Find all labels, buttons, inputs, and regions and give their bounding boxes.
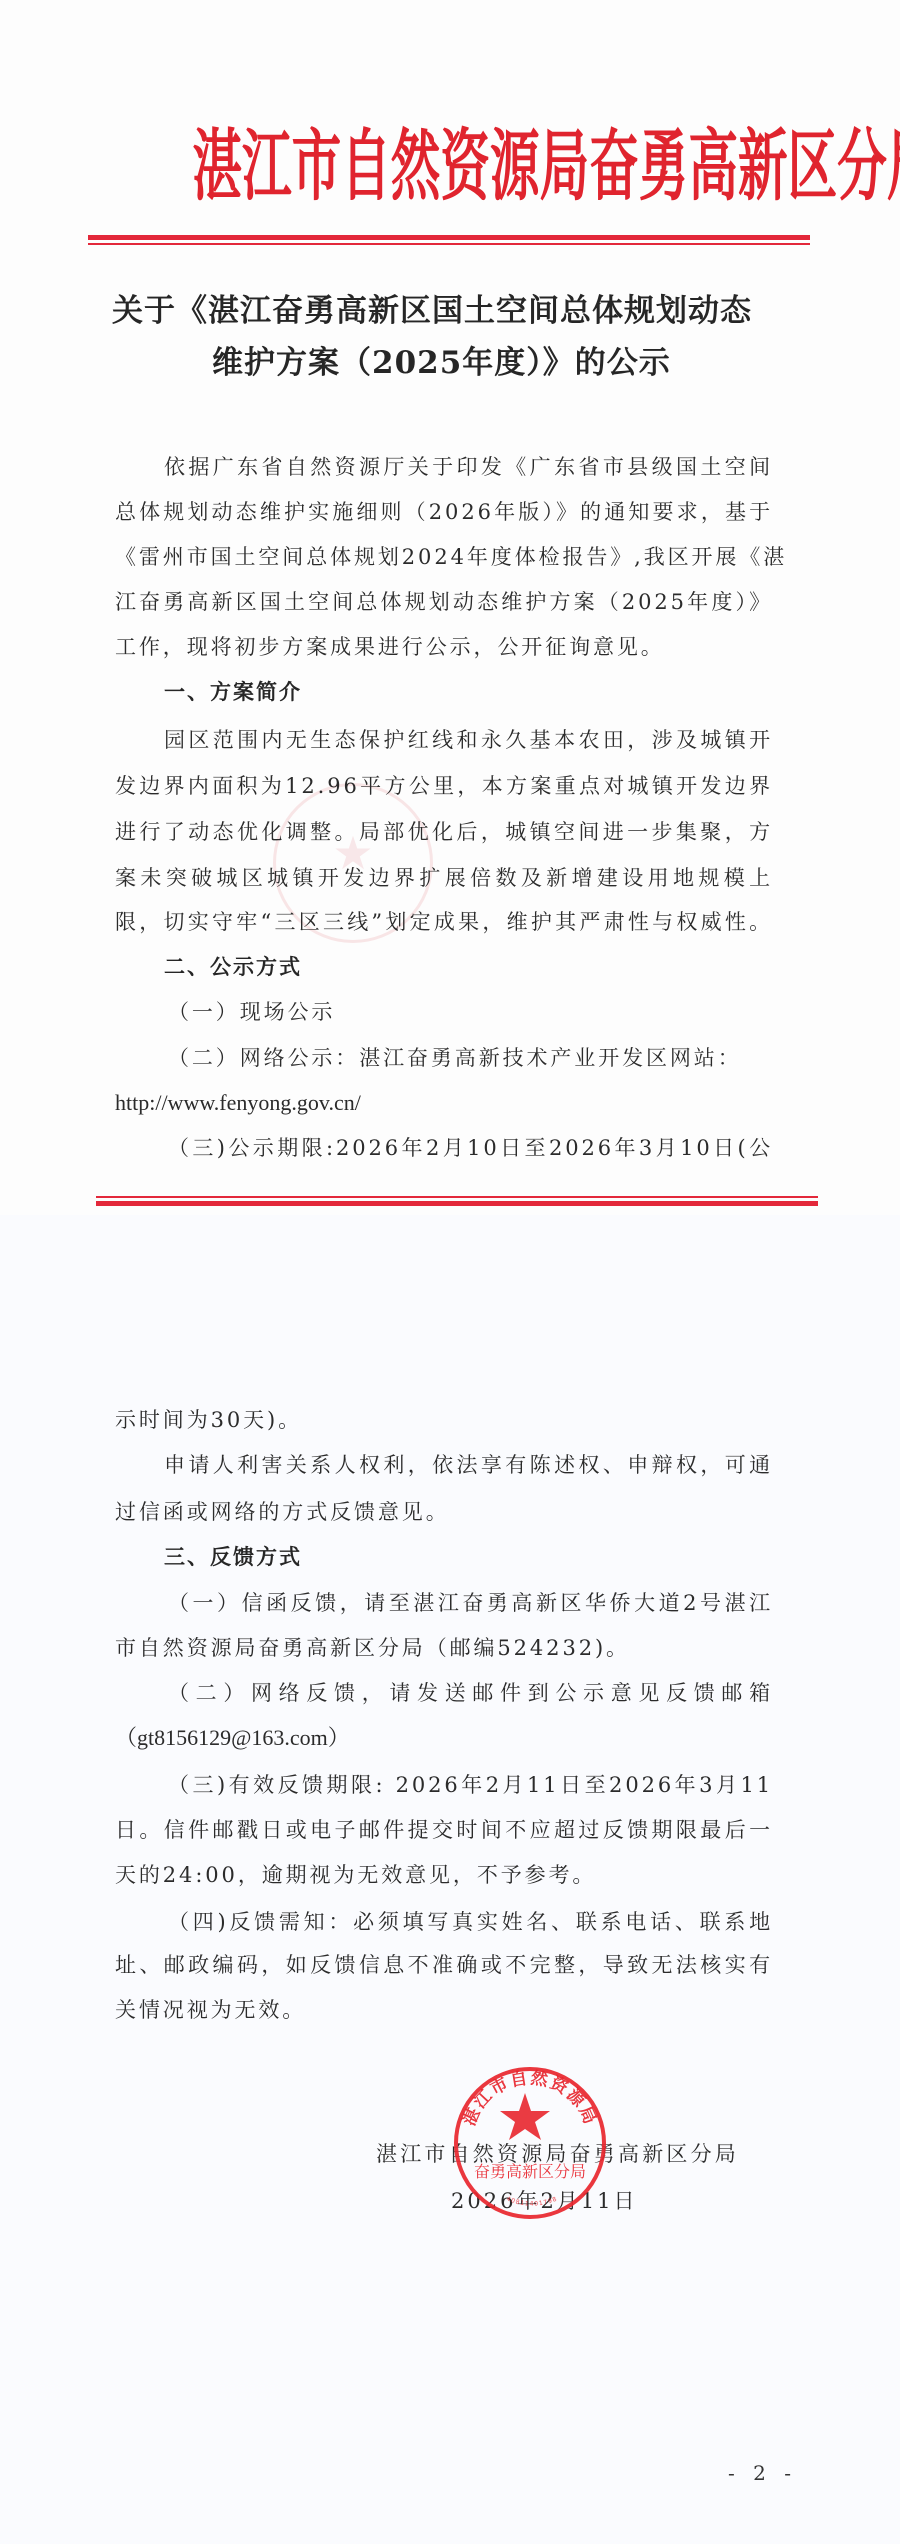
feedback-period-line: （三)有效反馈期限: 2026年2月11日至2026年3月11 bbox=[168, 1770, 773, 1800]
feedback-notice-line: 关情况视为无效。 bbox=[115, 1995, 773, 2025]
page-break-rule-thin bbox=[96, 1196, 818, 1198]
feedback-mail-line: （一）信函反馈，请至湛江奋勇高新区华侨大道2号湛江 bbox=[168, 1588, 773, 1618]
feedback-period-line: 天的24:00，逾期视为无效意见，不予参考。 bbox=[115, 1860, 773, 1890]
intro-line: 总体规划动态维护实施细则（2026年版）》的通知要求，基于 bbox=[115, 497, 773, 527]
section-1-line: 进行了动态优化调整。局部优化后，城镇空间进一步集聚，方 bbox=[115, 817, 773, 847]
period-continuation: 示时间为30天)。 bbox=[115, 1405, 773, 1435]
rights-line: 申请人利害关系人权利，依法享有陈述权、申辩权，可通 bbox=[164, 1450, 773, 1480]
feedback-mail-line: 市自然资源局奋勇高新区分局（邮编524232)。 bbox=[115, 1633, 773, 1663]
feedback-period-line: 日。信件邮戳日或电子邮件提交时间不应超过反馈期限最后一 bbox=[115, 1815, 773, 1845]
intro-line: 江奋勇高新区国土空间总体规划动态维护方案（2025年度）》 bbox=[115, 587, 773, 617]
section-2-item-onsite: （一）现场公示 bbox=[168, 997, 773, 1027]
section-1-line: 限，切实守牢“三区三线”划定成果，维护其严肃性与权威性。 bbox=[115, 907, 773, 937]
section-2-heading: 二、公示方式 bbox=[164, 952, 773, 982]
letterhead-rule-thin bbox=[88, 243, 810, 245]
section-3-heading: 三、反馈方式 bbox=[164, 1542, 773, 1572]
intro-line: 依据广东省自然资源厅关于印发《广东省市县级国土空间 bbox=[164, 452, 773, 482]
intro-line: 《雷州市国土空间总体规划2024年度体检报告》,我区开展《湛 bbox=[115, 542, 773, 572]
feedback-notice-line: 址、邮政编码，如反馈信息不准确或不完整，导致无法核实有 bbox=[115, 1950, 773, 1980]
section-1-heading: 一、方案简介 bbox=[164, 677, 773, 707]
signature-date: 2026年2月11日 bbox=[451, 2186, 638, 2216]
section-2-item-period: （三)公示期限:2026年2月10日至2026年3月10日(公 bbox=[168, 1133, 773, 1163]
letterhead-title: 湛江市自然资源局奋勇高新区分局 bbox=[192, 111, 707, 221]
feedback-online-line: （二）网络反馈，请发送邮件到公示意见反馈邮箱 bbox=[168, 1678, 773, 1708]
section-1-line: 园区范围内无生态保护红线和永久基本农田，涉及城镇开 bbox=[164, 725, 773, 755]
signature-org: 湛江市自然资源局奋勇高新区分局 bbox=[376, 2139, 736, 2169]
intro-line: 工作，现将初步方案成果进行公示，公开征询意见。 bbox=[115, 632, 773, 662]
feedback-notice-line: （四)反馈需知：必须填写真实姓名、联系电话、联系地 bbox=[168, 1907, 773, 1937]
document-title-line-2: 维护方案（2025年度）》的公示 bbox=[212, 343, 671, 383]
website-link[interactable]: http://www.fenyong.gov.cn/ bbox=[115, 1088, 773, 1118]
page-number: - 2 - bbox=[728, 2460, 797, 2486]
feedback-email-address[interactable]: （gt8156129@163.com） bbox=[115, 1723, 773, 1753]
letterhead-rule-thick bbox=[88, 235, 810, 240]
section-1-line: 案未突破城区城镇开发边界扩展倍数及新增建设用地规模上 bbox=[115, 863, 773, 893]
page-break-rule-thick bbox=[96, 1201, 818, 1206]
document-title-line-1: 关于《湛江奋勇高新区国土空间总体规划动态 bbox=[112, 291, 772, 331]
section-1-line: 发边界内面积为12.96平方公里，本方案重点对城镇开发边界 bbox=[115, 771, 773, 801]
section-2-item-online: （二）网络公示：湛江奋勇高新技术产业开发区网站： bbox=[168, 1043, 773, 1073]
rights-line: 过信函或网络的方式反馈意见。 bbox=[115, 1497, 773, 1527]
